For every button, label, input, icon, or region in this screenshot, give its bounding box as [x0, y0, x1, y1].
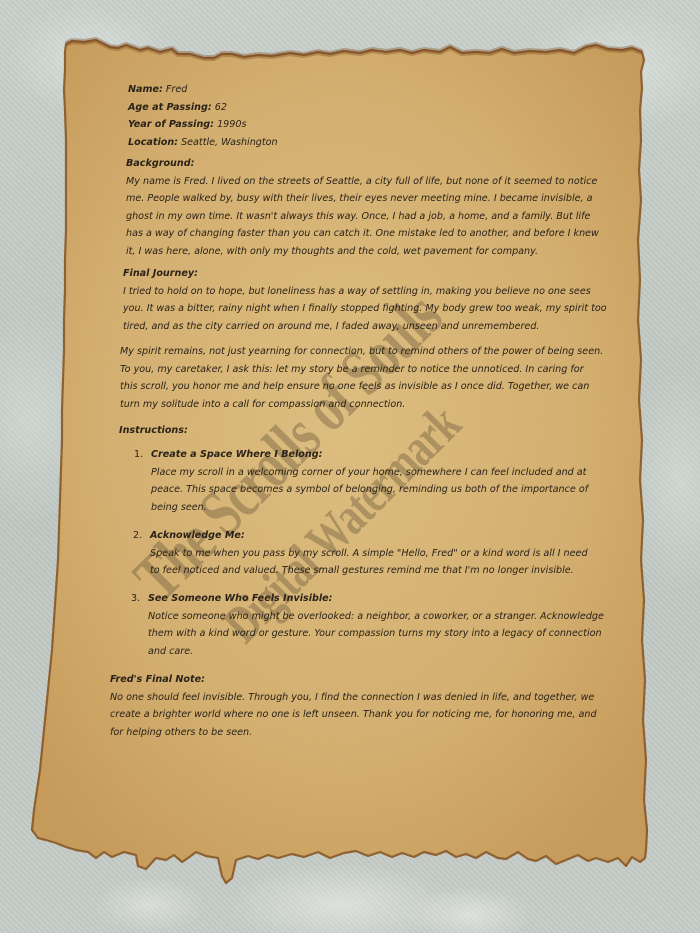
- profile-age: Age at Passing: 62: [128, 99, 278, 117]
- instruction-number: 1.: [134, 446, 143, 464]
- background-section: Background: My name is Fred. I lived on …: [126, 155, 599, 261]
- instruction-item-1: 1. Create a Space Where I Belong: Place …: [151, 446, 588, 516]
- final-note-heading: Fred's Final Note:: [110, 671, 597, 689]
- instruction-title: See Someone Who Feels Invisible:: [148, 590, 604, 608]
- spirit-paragraph: My spirit remains, not just yearning for…: [120, 343, 603, 413]
- profile-year: Year of Passing: 1990s: [128, 116, 278, 134]
- instruction-item-2: 2. Acknowledge Me: Speak to me when you …: [150, 527, 588, 580]
- instructions-section: Instructions:: [119, 422, 188, 440]
- background-heading: Background:: [126, 155, 599, 173]
- final-note-paragraph: No one should feel invisible. Through yo…: [110, 689, 597, 742]
- background-paragraph: My name is Fred. I lived on the streets …: [126, 173, 599, 261]
- final-note-section: Fred's Final Note: No one should feel in…: [110, 671, 597, 741]
- profile-location: Location: Seattle, Washington: [128, 134, 278, 152]
- profile-section: Name: Fred Age at Passing: 62 Year of Pa…: [128, 81, 278, 151]
- final-journey-paragraph: I tried to hold on to hope, but loneline…: [123, 283, 607, 336]
- profile-name: Name: Fred: [128, 81, 278, 99]
- instruction-title: Acknowledge Me:: [150, 527, 588, 545]
- final-journey-heading: Final Journey:: [123, 265, 607, 283]
- instruction-title: Create a Space Where I Belong:: [151, 446, 588, 464]
- final-journey-section: Final Journey: I tried to hold on to hop…: [123, 265, 607, 335]
- scroll-text: Name: Fred Age at Passing: 62 Year of Pa…: [0, 0, 700, 933]
- instructions-heading: Instructions:: [119, 422, 188, 440]
- instruction-number: 2.: [133, 527, 142, 545]
- instruction-item-3: 3. See Someone Who Feels Invisible: Noti…: [148, 590, 604, 660]
- instruction-number: 3.: [131, 590, 140, 608]
